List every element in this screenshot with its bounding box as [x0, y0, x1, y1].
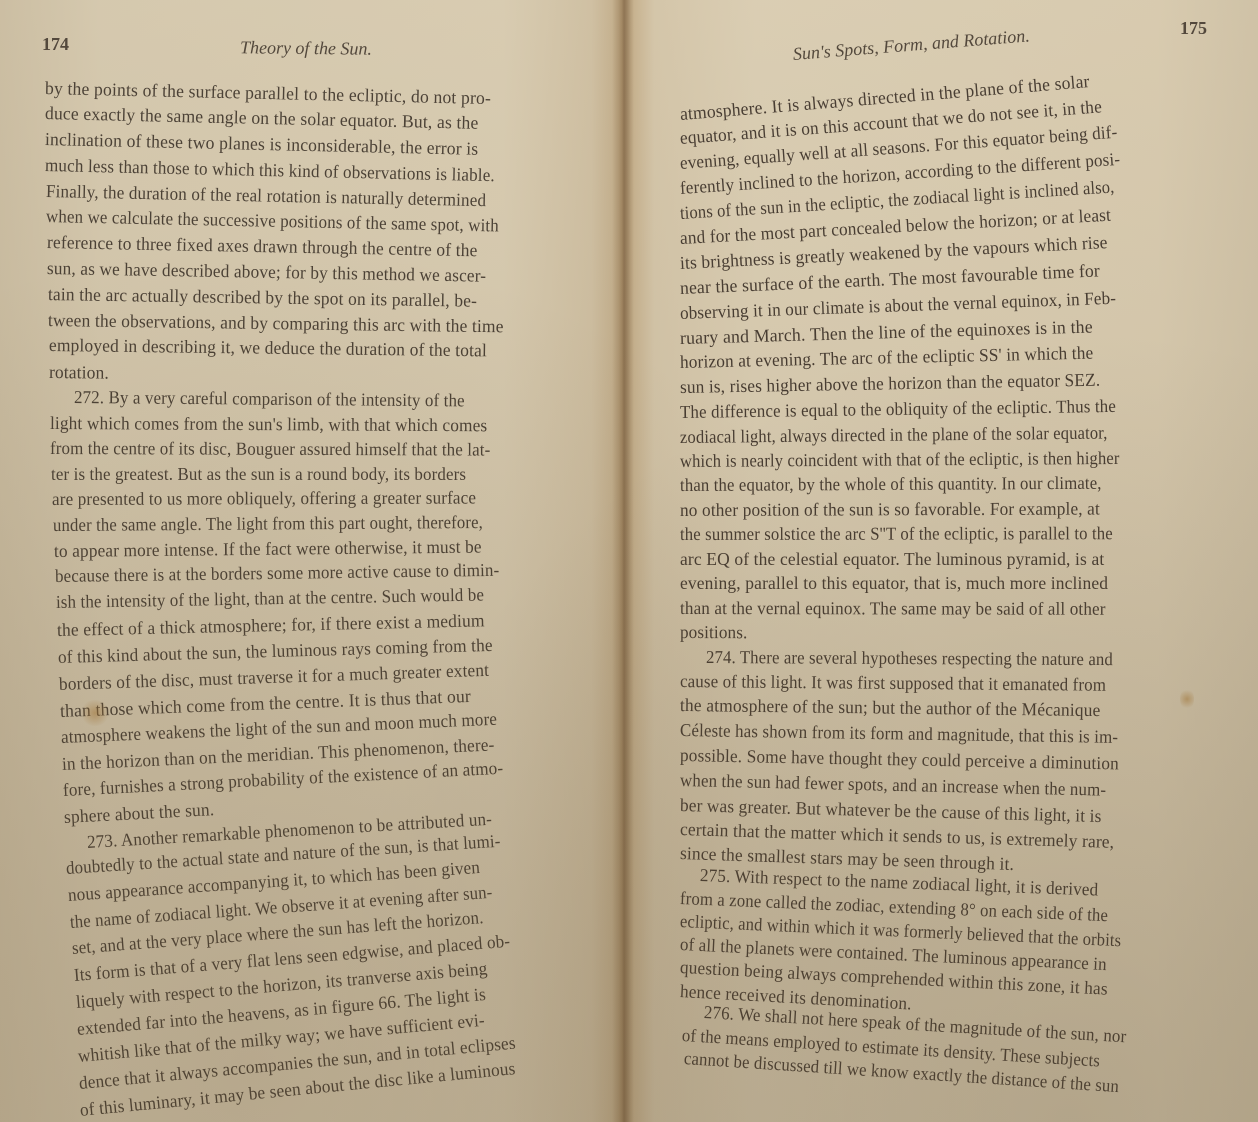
text-line: under the same angle. The light from thi…	[53, 512, 483, 536]
text-line: sun, as we have described above; for by …	[47, 258, 486, 287]
text-line: to appear more intense. If the fact were…	[54, 537, 482, 562]
text-line: sun is, rises higher above the horizon t…	[680, 370, 1101, 398]
right-page: Sun's Spots, Form, and Rotation. 175 atm…	[628, 0, 1258, 1122]
text-line: the atmosphere of the sun; but the autho…	[680, 695, 1101, 721]
text-line: The difference is equal to the obliquity…	[680, 396, 1116, 423]
page-number-right: 175	[1180, 18, 1207, 39]
text-line: inclination of these two planes is incon…	[45, 129, 479, 160]
book-spread: 174 Theory of the Sun. by the points of …	[0, 0, 1258, 1122]
page-number-left: 174	[42, 34, 69, 55]
text-line: the summer solstice the arc S''T of the …	[680, 523, 1113, 545]
text-line: possible. Some have thought they could p…	[680, 745, 1119, 774]
text-line: light which comes from the sun's limb, w…	[50, 413, 487, 436]
running-title-left: Theory of the Sun.	[240, 37, 372, 59]
text-line: ish the intensity of the light, than at …	[56, 585, 484, 613]
text-line: tain the arc actually described by the s…	[48, 284, 477, 312]
text-line: are presented to us more obliquely, offe…	[52, 488, 476, 510]
text-line: cause of this light. It was first suppos…	[680, 671, 1106, 696]
text-line: 272. By a very careful comparison of the…	[74, 387, 465, 411]
text-line: Céleste has shown from its form and magn…	[680, 720, 1118, 748]
running-title-right: Sun's Spots, Form, and Rotation.	[792, 25, 1030, 65]
left-page: 174 Theory of the Sun. by the points of …	[0, 0, 615, 1122]
text-line: from the centre of its disc, Bouguer ass…	[50, 438, 490, 461]
text-line: ter is the greatest. But as the sun is a…	[51, 464, 466, 485]
text-line: positions.	[680, 622, 748, 643]
paper-stain	[80, 700, 110, 726]
text-line: duce exactly the same angle on the solar…	[45, 103, 479, 134]
text-line: which is nearly coincident with that of …	[680, 448, 1120, 472]
text-line: no other position of the sun is so favor…	[680, 499, 1100, 521]
text-line: 274. There are several hypotheses respec…	[706, 647, 1113, 670]
text-line: zodiacal light, always directed in the p…	[680, 423, 1108, 448]
paper-stain	[1180, 688, 1194, 710]
text-line: than at the vernal equinox. The same may…	[680, 598, 1106, 620]
text-line: reference to three fixed axes drawn thro…	[47, 232, 478, 261]
text-line: than the equator, by the whole of this q…	[680, 473, 1102, 496]
text-line: because there is at the borders some mor…	[55, 560, 500, 587]
text-line: arc EQ of the celestial equator. The lum…	[680, 549, 1104, 570]
text-line: employed in describing it, we deduce the…	[49, 335, 487, 361]
text-line: rotation.	[49, 362, 109, 384]
text-line: sphere about the sun.	[63, 799, 214, 828]
text-line: when we calculate the successive positio…	[46, 206, 499, 236]
text-line: evening, parallel to this equator, that …	[680, 573, 1108, 594]
text-line: tween the observations, and by comparing…	[48, 310, 504, 337]
